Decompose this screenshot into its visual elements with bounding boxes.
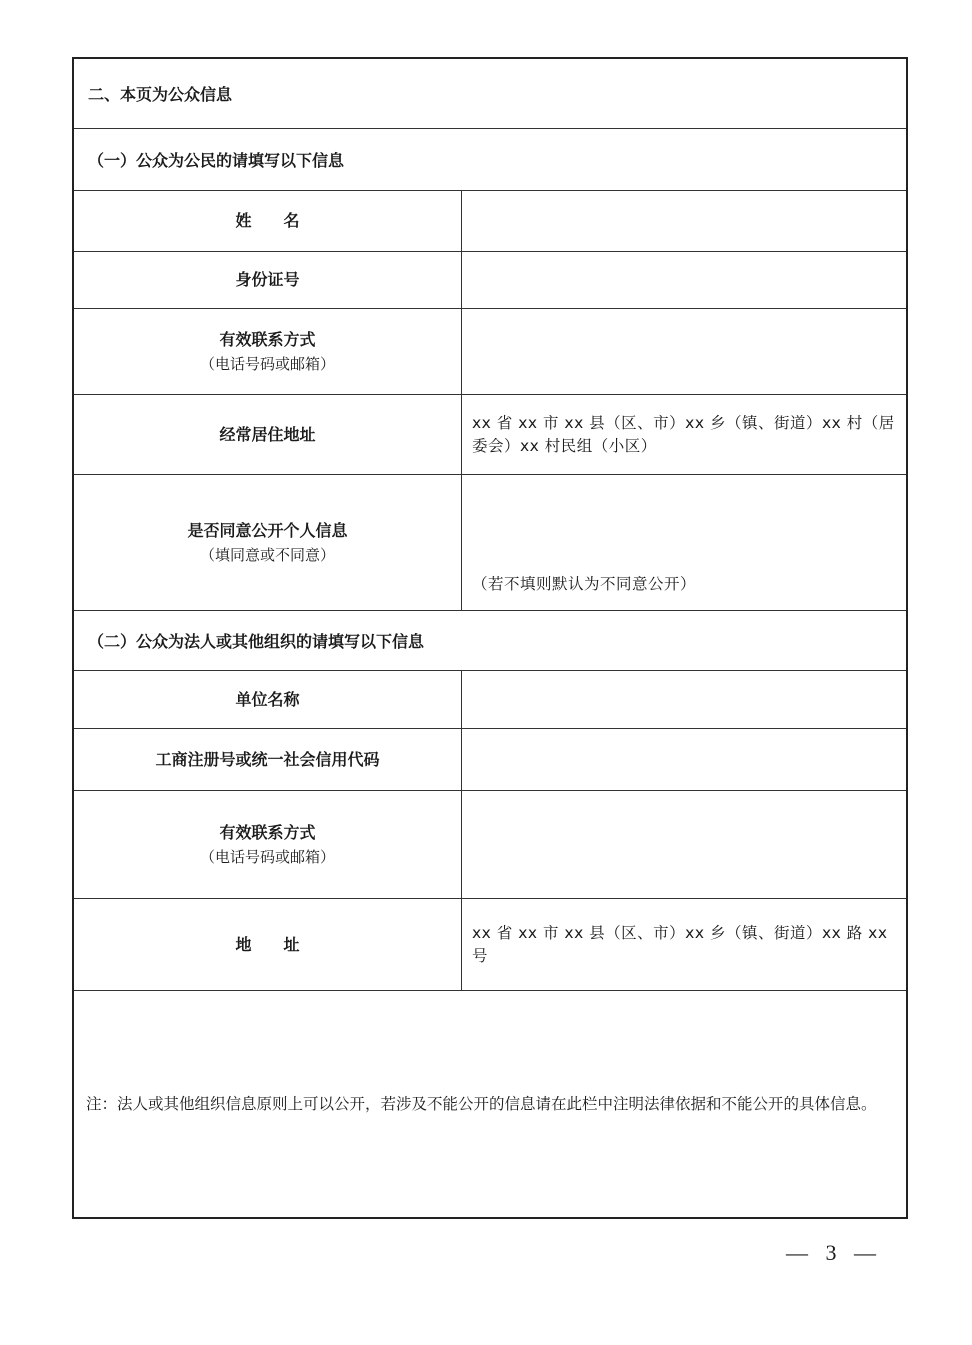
citizen-consent-field[interactable]: （若不填则默认为不同意公开）	[462, 475, 906, 610]
citizen-id-field[interactable]	[462, 252, 906, 308]
citizen-contact-field[interactable]	[462, 309, 906, 394]
org-contact-field[interactable]	[462, 791, 906, 898]
citizen-id-label: 身份证号	[74, 252, 462, 308]
label-text: 工商注册号或统一社会信用代码	[155, 748, 379, 772]
citizen-consent-row: 是否同意公开个人信息 （填同意或不同意） （若不填则默认为不同意公开）	[74, 475, 906, 611]
citizen-consent-label: 是否同意公开个人信息 （填同意或不同意）	[74, 475, 462, 610]
citizen-address-label: 经常居住地址	[74, 395, 462, 474]
organization-heading-text: （二）公众为法人或其他组织的请填写以下信息	[88, 629, 424, 652]
citizen-contact-row: 有效联系方式 （电话号码或邮箱）	[74, 309, 906, 395]
label-text: 是否同意公开个人信息	[187, 519, 347, 543]
citizen-address-field[interactable]: xx 省 xx 市 xx 县（区、市）xx 乡（镇、街道）xx 村（居委会）xx…	[462, 395, 906, 474]
citizen-address-row: 经常居住地址 xx 省 xx 市 xx 县（区、市）xx 乡（镇、街道）xx 村…	[74, 395, 906, 475]
org-code-label: 工商注册号或统一社会信用代码	[74, 729, 462, 790]
org-name-label: 单位名称	[74, 671, 462, 728]
org-code-row: 工商注册号或统一社会信用代码	[74, 729, 906, 791]
page-number: — 3 —	[786, 1240, 882, 1266]
label-text: 地 址	[235, 933, 299, 957]
section-title: 二、本页为公众信息	[74, 59, 906, 129]
label-subtext: （电话号码或邮箱）	[200, 845, 335, 869]
org-address-label: 地 址	[74, 899, 462, 990]
citizen-contact-label: 有效联系方式 （电话号码或邮箱）	[74, 309, 462, 394]
label-text: 有效联系方式	[219, 328, 315, 352]
public-info-form: 二、本页为公众信息 （一）公众为公民的请填写以下信息 姓 名 身份证号 有效联系…	[72, 57, 908, 1219]
citizen-name-label: 姓 名	[74, 191, 462, 251]
org-address-row: 地 址 xx 省 xx 市 xx 县（区、市）xx 乡（镇、街道）xx 路 xx…	[74, 899, 906, 991]
label-text: 姓 名	[235, 209, 299, 233]
label-subtext: （填同意或不同意）	[200, 543, 335, 567]
citizen-name-field[interactable]	[462, 191, 906, 251]
citizen-name-row: 姓 名	[74, 191, 906, 252]
org-address-field[interactable]: xx 省 xx 市 xx 县（区、市）xx 乡（镇、街道）xx 路 xx 号	[462, 899, 906, 990]
citizen-id-row: 身份证号	[74, 252, 906, 309]
org-name-field[interactable]	[462, 671, 906, 728]
label-text: 有效联系方式	[219, 821, 315, 845]
note-text: 注：法人或其他组织信息原则上可以公开，若涉及不能公开的信息请在此栏中注明法律依据…	[86, 1093, 894, 1116]
label-subtext: （电话号码或邮箱）	[200, 352, 335, 376]
label-text: 经常居住地址	[219, 423, 315, 447]
field-value: xx 省 xx 市 xx 县（区、市）xx 乡（镇、街道）xx 路 xx 号	[472, 922, 898, 968]
field-hint: （若不填则默认为不同意公开）	[472, 573, 898, 596]
label-text: 单位名称	[235, 688, 299, 712]
organization-heading: （二）公众为法人或其他组织的请填写以下信息	[74, 611, 906, 671]
field-value: xx 省 xx 市 xx 县（区、市）xx 乡（镇、街道）xx 村（居委会）xx…	[472, 412, 898, 458]
org-code-field[interactable]	[462, 729, 906, 790]
org-name-row: 单位名称	[74, 671, 906, 729]
citizen-heading: （一）公众为公民的请填写以下信息	[74, 129, 906, 191]
org-contact-label: 有效联系方式 （电话号码或邮箱）	[74, 791, 462, 898]
section-title-text: 二、本页为公众信息	[88, 82, 232, 105]
label-text: 身份证号	[235, 268, 299, 292]
note-row[interactable]: 注：法人或其他组织信息原则上可以公开，若涉及不能公开的信息请在此栏中注明法律依据…	[74, 991, 906, 1217]
org-contact-row: 有效联系方式 （电话号码或邮箱）	[74, 791, 906, 899]
citizen-heading-text: （一）公众为公民的请填写以下信息	[88, 148, 344, 171]
